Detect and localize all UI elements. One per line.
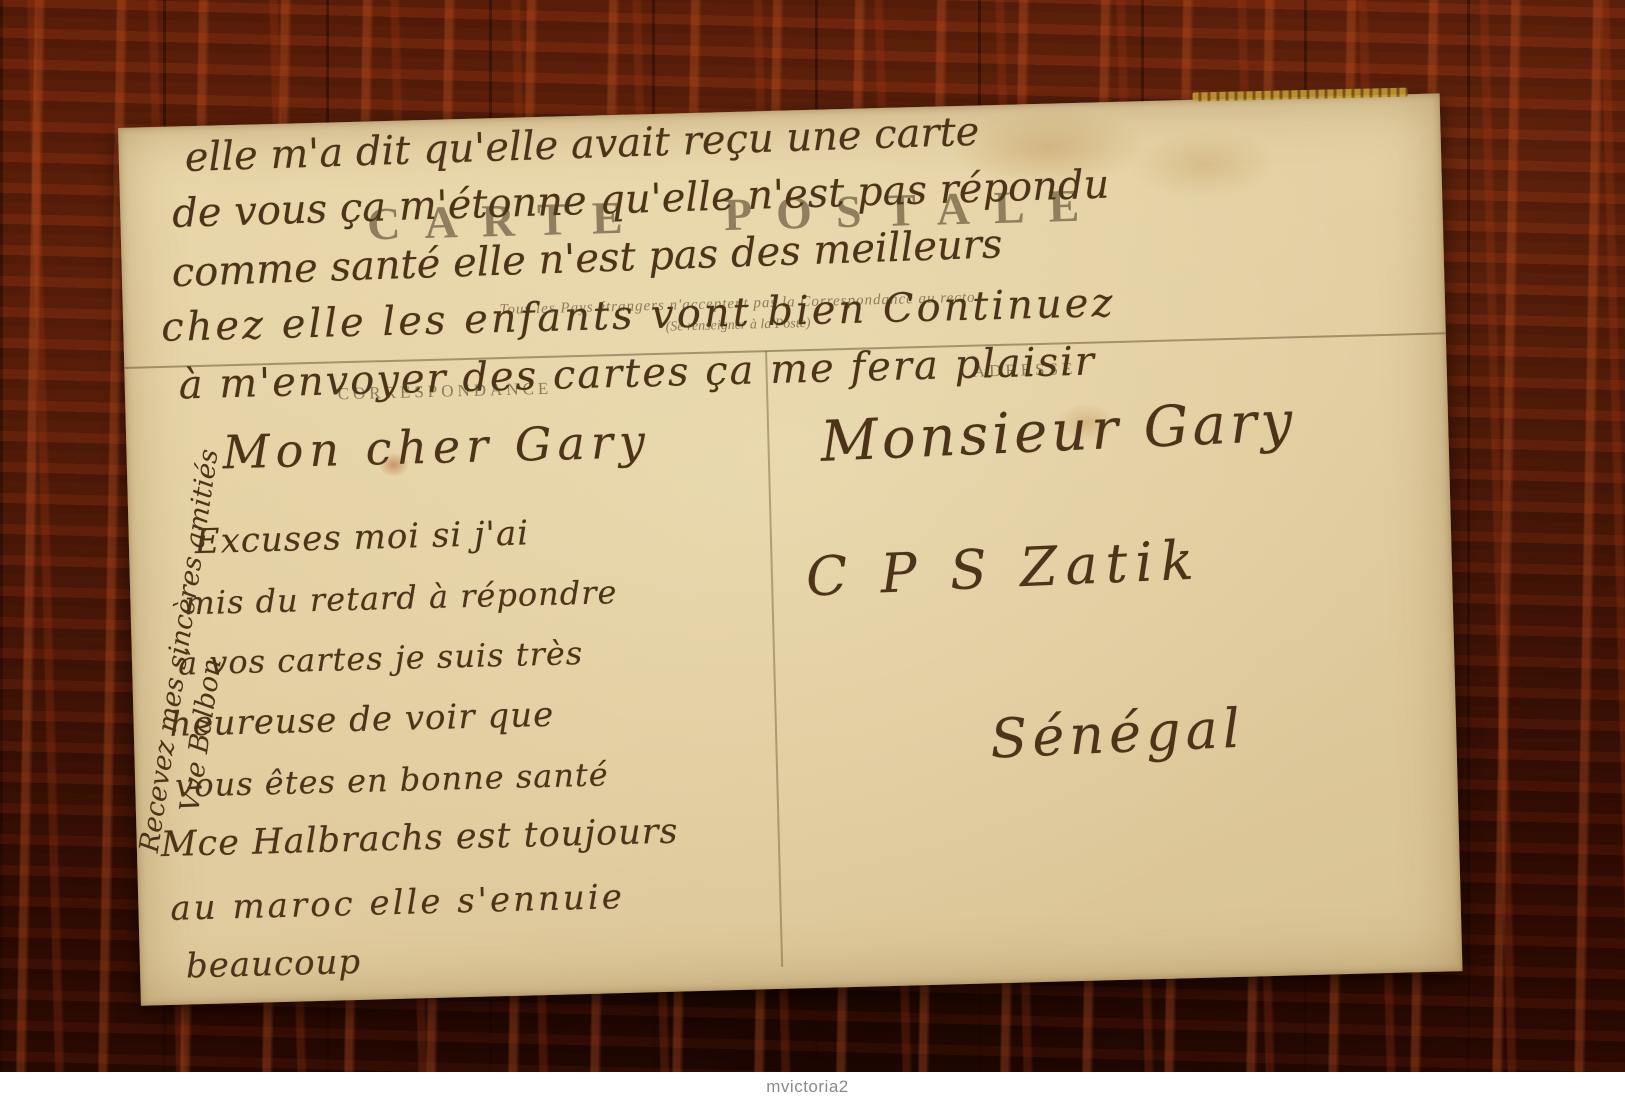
handwritten-line: à m'envoyer des cartes ça me fera plaisi…: [178, 338, 1096, 408]
handwritten-line: mis du retard à répondre: [184, 573, 618, 622]
handwritten-line: Mce Halbrachs est toujours: [160, 812, 679, 866]
address-line: Sénégal: [989, 697, 1246, 771]
watermark-text: mvictoria2: [766, 1077, 848, 1097]
handwritten-line: vous êtes en bonne santé: [175, 755, 609, 804]
handwritten-line: heureuse de voir que: [169, 695, 555, 745]
handwritten-line: Mon cher Gary: [222, 414, 652, 479]
handwritten-line: à vos cartes je suis très: [178, 634, 584, 683]
column-divider: [765, 351, 783, 967]
bottom-strip: mvictoria2: [0, 1072, 1625, 1101]
postcard: CARTE POSTALE Tous les Pays étrangers n'…: [118, 93, 1463, 1005]
address-line: Monsieur Gary: [819, 389, 1297, 475]
handwritten-line: au maroc elle s'ennuie: [170, 877, 625, 929]
address-line: C P S Zatik: [805, 528, 1203, 608]
handwritten-line: beaucoup: [185, 942, 361, 987]
